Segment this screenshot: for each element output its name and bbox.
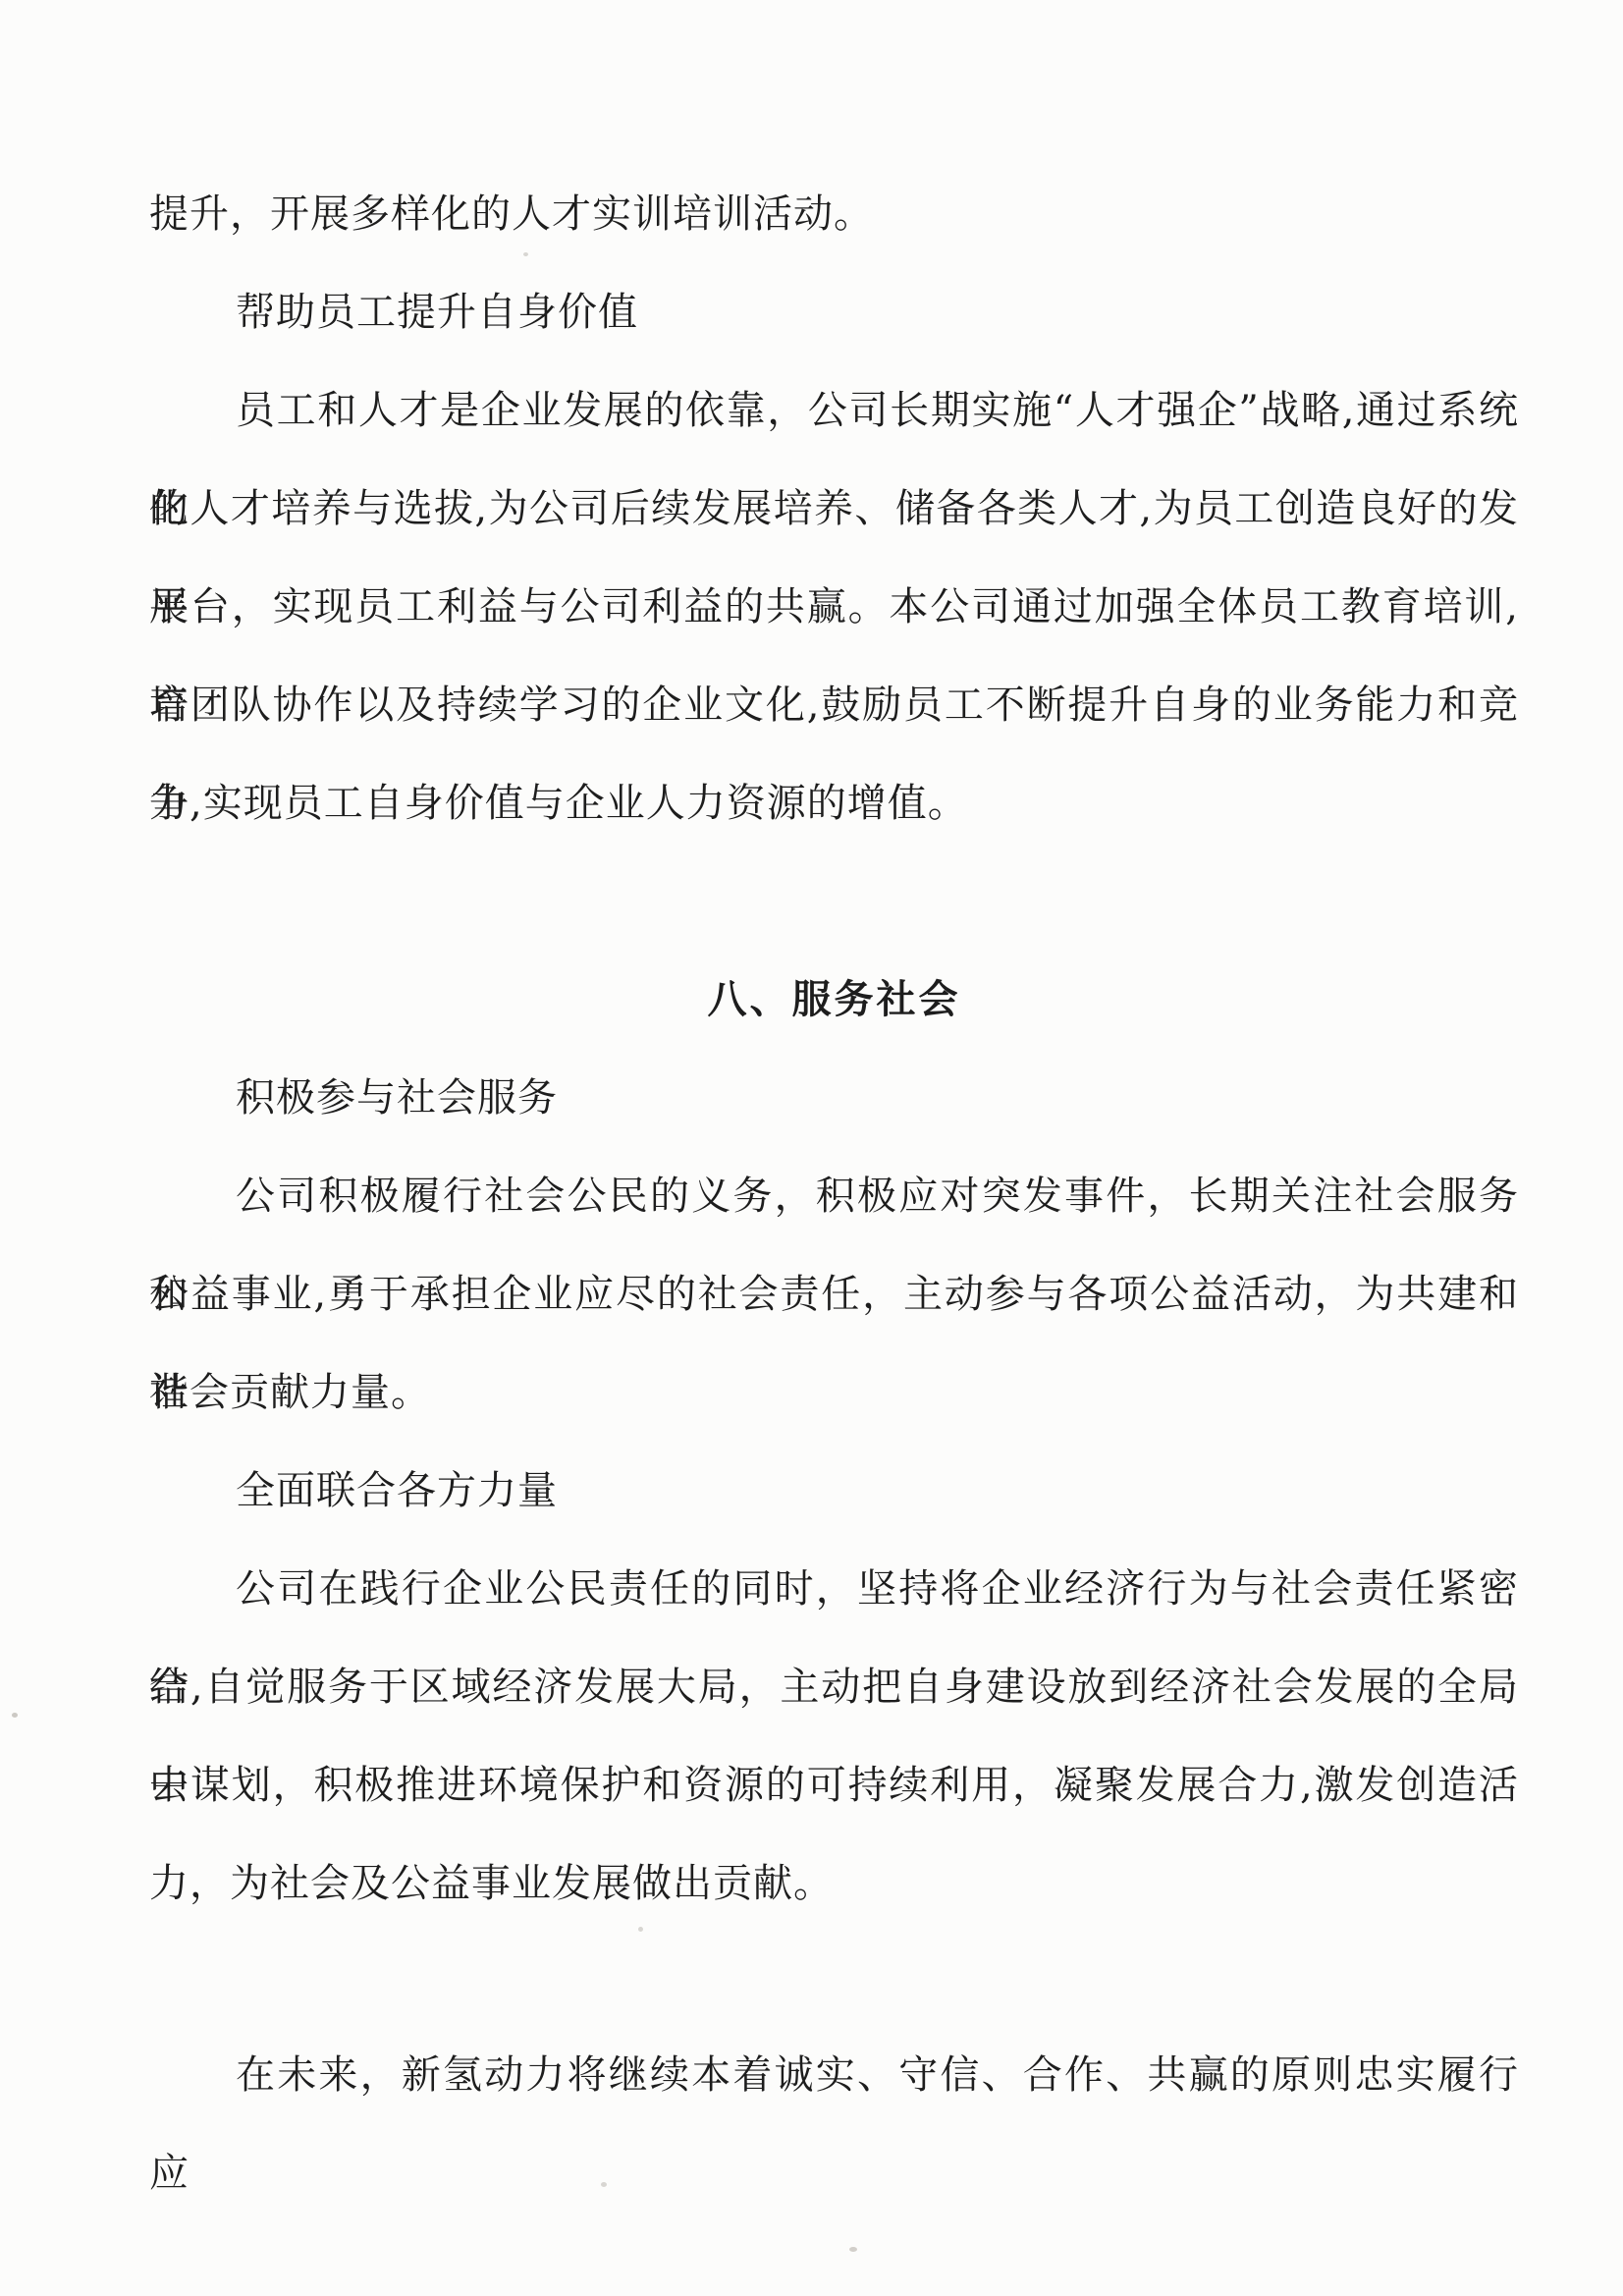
body-line: 力,实现员工自身价值与企业人力资源的增值。 [149,754,1519,852]
text-column: 提升，开展多样化的人才实训培训活动。 帮助员工提升自身价值 员工和人才是企业发展… [0,0,1623,2124]
body-line: 公益事业,勇于承担企业应尽的社会责任，主动参与各项公益活动，为共建和谐 [149,1245,1519,1343]
subsection-title-help-employees: 帮助员工提升自身价值 [149,263,1519,361]
section-heading-serve-society: 八、服务社会 [149,951,1519,1049]
body-line: 的人才培养与选拔,为公司后续发展培养、储备各类人才,为员工创造良好的发展 [149,460,1519,558]
scan-speck [638,1927,643,1932]
scan-speck [601,2182,607,2187]
body-line: 力，为社会及公益事业发展做出贡献。 [149,1834,1519,1933]
body-line: 合,自觉服务于区域经济发展大局，主动把自身建设放到经济社会发展的全局中 [149,1638,1519,1736]
body-line: 平台，实现员工利益与公司利益的共赢。本公司通过加强全体员工教育培训,培 [149,558,1519,656]
body-line: 公司积极履行社会公民的义务，积极应对突发事件，长期关注社会服务和 [149,1147,1519,1245]
body-line: 员工和人才是企业发展的依靠，公司长期实施“人才强企”战略,通过系统化 [149,361,1519,460]
scan-speck [12,1713,18,1718]
body-line: 在未来，新氢动力将继续本着诚实、守信、合作、共赢的原则忠实履行应 [149,2026,1519,2124]
scan-speck [523,252,528,256]
body-line: 育团队协作以及持续学习的企业文化,鼓励员工不断提升自身的业务能力和竞争 [149,656,1519,754]
body-line: 公司在践行企业公民责任的同时，坚持将企业经济行为与社会责任紧密结 [149,1540,1519,1638]
body-line: 提升，开展多样化的人才实训培训活动。 [149,165,1519,263]
body-line: 去谋划，积极推进环境保护和资源的可持续利用，凝聚发展合力,激发创造活 [149,1736,1519,1834]
subsection-title-participate-social-service: 积极参与社会服务 [149,1049,1519,1147]
subsection-title-unite-all-forces: 全面联合各方力量 [149,1442,1519,1540]
document-page: 提升，开展多样化的人才实训培训活动。 帮助员工提升自身价值 员工和人才是企业发展… [0,0,1623,2296]
paragraph-gap [149,1933,1519,2026]
body-line: 社会贡献力量。 [149,1343,1519,1442]
scan-speck [849,2247,857,2252]
section-gap [149,852,1519,951]
